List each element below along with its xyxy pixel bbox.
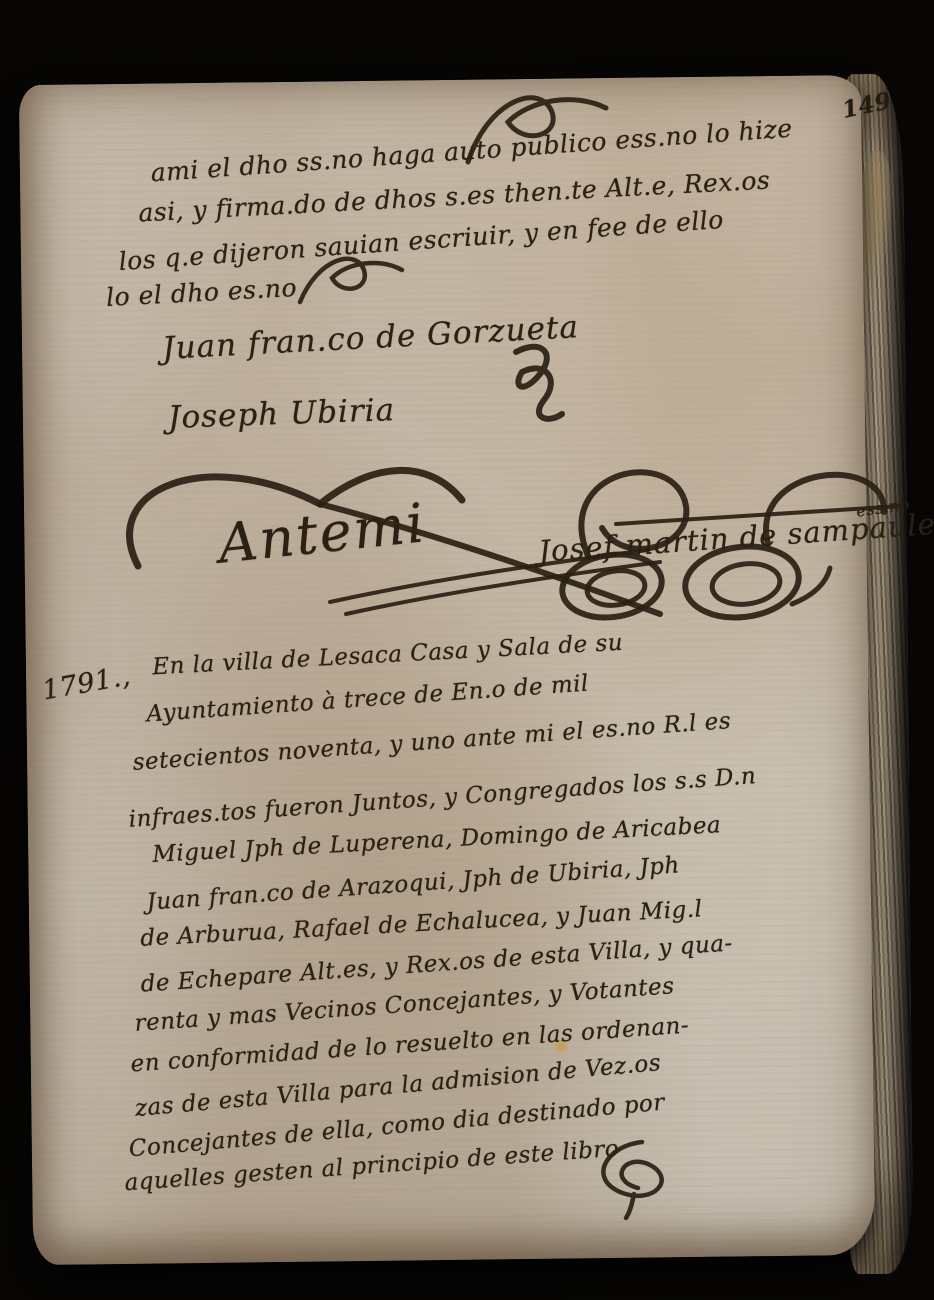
- manuscript-scan: 149 ami el dho ss.no haga auto publico e…: [0, 0, 934, 1300]
